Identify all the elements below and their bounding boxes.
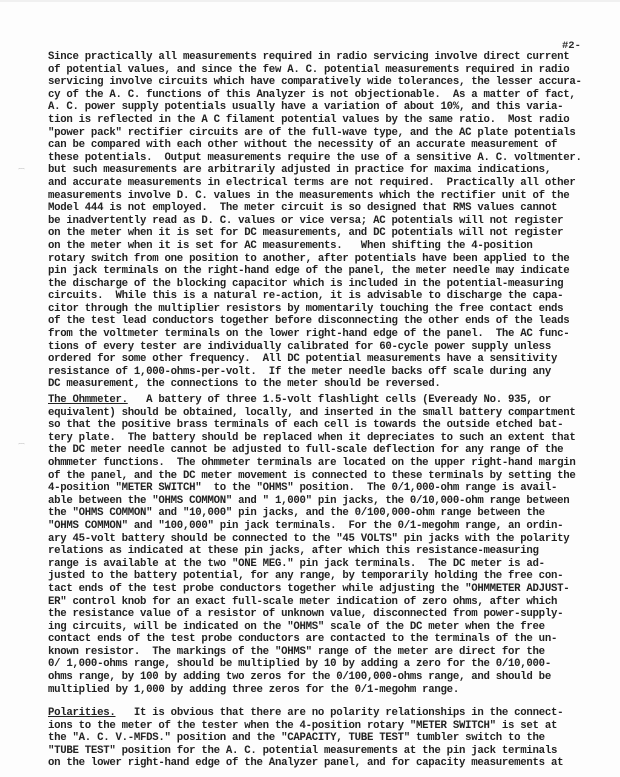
line-text: ary 45-volt battery should be connected … (48, 533, 569, 545)
text-line: these potentials. Output measurements re… (48, 152, 582, 165)
text-line: The Ohmmeter. A battery of three 1.5-vol… (48, 394, 576, 407)
line-text: measurements involve D. C. values in the… (48, 190, 569, 202)
line-text: rotary switch from one position to anoth… (48, 253, 569, 265)
paragraph-intro: Since practically all measurements requi… (48, 51, 582, 391)
text-line: of the panel, and the DC meter movement … (48, 470, 576, 483)
line-text: the resistance value of a resistor of un… (48, 608, 563, 620)
text-line: ER" control knob for an exact full-scale… (48, 596, 576, 609)
text-line: 0/ 1,000-ohms range, should be multiplie… (48, 658, 576, 671)
text-line: can be compared with each other without … (48, 139, 582, 152)
line-text: the "A. C. V.-MFDS." position and the "C… (48, 732, 545, 744)
line-text: and accurate measurements in electrical … (48, 177, 576, 189)
line-text: "TUBE TEST" position for the A. C. poten… (48, 745, 557, 757)
line-text: range is available at the two "ONE MEG."… (48, 558, 545, 570)
text-line: measurements involve D. C. values in the… (48, 190, 582, 203)
text-line: the DC meter needle cannot be adjusted t… (48, 444, 576, 457)
text-line: "TUBE TEST" position for the A. C. poten… (48, 745, 563, 758)
text-line: tery plate. The battery should be replac… (48, 432, 576, 445)
line-text: can be compared with each other without … (48, 139, 557, 151)
line-text: "power pack" rectifier circuits are of t… (48, 127, 576, 139)
line-text: circuits. While this is a natural re-act… (48, 290, 563, 302)
line-text: on the meter when it is set for AC measu… (48, 240, 533, 252)
line-text: ordered for some other frequency. All DC… (48, 353, 557, 365)
paragraph-polarities: Polarities. It is obvious that there are… (48, 707, 563, 770)
text-line: resistance of 1,000-ohms-per-volt. If th… (48, 366, 582, 379)
text-line: pin jack terminals on the right-hand edg… (48, 265, 582, 278)
text-line: tion is reflected in the A C filament po… (48, 114, 582, 127)
text-line: on the meter when it is set for DC measu… (48, 227, 582, 240)
text-line: on the lower right-hand edge of the Anal… (48, 757, 563, 770)
text-line: ohmmeter functions. The ohmmeter termina… (48, 457, 576, 470)
text-line: of potential values, and since the few A… (48, 64, 582, 77)
margin-mark: ⌒ (18, 442, 25, 452)
line-text: pin jack terminals on the right-hand edg… (48, 265, 569, 277)
text-line: tions of every tester are individually c… (48, 341, 582, 354)
text-line: the "A. C. V.-MFDS." position and the "C… (48, 732, 563, 745)
line-text: but such measurements are arbitrarily ad… (48, 164, 551, 176)
line-text: relations as indicated at these pin jack… (48, 545, 539, 557)
line-text: resistance of 1,000-ohms-per-volt. If th… (48, 366, 551, 378)
line-text: multiplied by 1,000 by adding three zero… (48, 684, 459, 696)
line-text: tact ends of the test probe conductors t… (48, 583, 569, 595)
text-line: 4-position "METER SWITCH" to the "OHMS" … (48, 482, 576, 495)
text-line: known resistor. The markings of the "OHM… (48, 646, 576, 659)
line-text: the DC meter needle cannot be adjusted t… (48, 444, 563, 456)
text-line: contact ends of the test probe conductor… (48, 633, 576, 646)
text-line: relations as indicated at these pin jack… (48, 545, 576, 558)
text-line: the resistance value of a resistor of un… (48, 608, 576, 621)
text-line: be inadvertently read as D. C. values or… (48, 215, 582, 228)
text-line: from the voltmeter terminals on the lowe… (48, 328, 582, 341)
text-line: servicing involve circuits which have co… (48, 76, 582, 89)
section-heading: Polarities. (48, 707, 115, 719)
text-line: ary 45-volt battery should be connected … (48, 533, 576, 546)
text-line: ions to the meter of the tester when the… (48, 720, 563, 733)
line-text: on the lower right-hand edge of the Anal… (48, 757, 563, 769)
line-text: ER" control knob for an exact full-scale… (48, 596, 557, 608)
line-text: so that the positive brass terminals of … (48, 419, 563, 431)
line-text: DC measurement, the connections to the m… (48, 378, 441, 390)
line-text: from the voltmeter terminals on the lowe… (48, 328, 569, 340)
line-text: ohms range, by 100 by adding two zeros f… (48, 671, 551, 683)
line-text: on the meter when it is set for DC measu… (48, 227, 563, 239)
text-line: DC measurement, the connections to the m… (48, 378, 582, 391)
line-text: of the panel, and the DC meter movement … (48, 470, 576, 482)
line-text: servicing involve circuits which have co… (48, 76, 582, 88)
text-line: ing circuits, will be indicated on the "… (48, 621, 576, 634)
text-line: ordered for some other frequency. All DC… (48, 353, 582, 366)
text-line: so that the positive brass terminals of … (48, 419, 576, 432)
line-text: 0/ 1,000-ohms range, should be multiplie… (48, 658, 551, 670)
text-line: equivalent) should be obtained, locally,… (48, 407, 576, 420)
text-line: the discharge of the blocking capacitor … (48, 278, 582, 291)
text-line: "power pack" rectifier circuits are of t… (48, 127, 582, 140)
line-text: tions of every tester are individually c… (48, 341, 551, 353)
line-text: ions to the meter of the tester when the… (48, 720, 557, 732)
line-text: citor through the multiplier resistors b… (48, 303, 563, 315)
line-text: equivalent) should be obtained, locally,… (48, 407, 576, 419)
text-line: justed to the battery potential, for any… (48, 570, 576, 583)
text-line: cy of the A. C. functions of this Analyz… (48, 89, 582, 102)
line-text: A. C. power supply potentials usually ha… (48, 101, 563, 113)
line-text: ohmmeter functions. The ohmmeter termina… (48, 457, 576, 469)
line-text: able between the "OHMS COMMON" and " 1,0… (48, 495, 569, 507)
line-text: It is obvious that there are no polarity… (115, 707, 563, 719)
line-text: of potential values, and since the few A… (48, 64, 569, 76)
line-text: the "OHMS COMMON" and "10,000" pin jacks… (48, 507, 545, 519)
line-text: tion is reflected in the A C filament po… (48, 114, 569, 126)
line-text: the discharge of the blocking capacitor … (48, 278, 563, 290)
line-text: these potentials. Output measurements re… (48, 152, 582, 164)
text-line: able between the "OHMS COMMON" and " 1,0… (48, 495, 576, 508)
text-line: Model 444 is not employed. The meter cir… (48, 202, 582, 215)
text-line: on the meter when it is set for AC measu… (48, 240, 582, 253)
line-text: Since practically all measurements requi… (48, 51, 569, 63)
text-line: range is available at the two "ONE MEG."… (48, 558, 576, 571)
line-text: Model 444 is not employed. The meter cir… (48, 202, 557, 214)
text-line: rotary switch from one position to anoth… (48, 253, 582, 266)
line-text: A battery of three 1.5-volt flashlight c… (128, 394, 551, 406)
text-line: of the test lead conductors together bef… (48, 315, 582, 328)
line-text: 4-position "METER SWITCH" to the "OHMS" … (48, 482, 557, 494)
line-text: cy of the A. C. functions of this Analyz… (48, 89, 576, 101)
line-text: justed to the battery potential, for any… (48, 570, 563, 582)
text-line: circuits. While this is a natural re-act… (48, 290, 582, 303)
text-line: multiplied by 1,000 by adding three zero… (48, 684, 576, 697)
text-line: ohms range, by 100 by adding two zeros f… (48, 671, 576, 684)
paragraph-ohmmeter: The Ohmmeter. A battery of three 1.5-vol… (48, 394, 576, 696)
section-heading: The Ohmmeter. (48, 394, 128, 406)
line-text: contact ends of the test probe conductor… (48, 633, 557, 645)
text-line: "OHMS COMMON" and "100,000" pin jack ter… (48, 520, 576, 533)
line-text: ing circuits, will be indicated on the "… (48, 621, 545, 633)
line-text: tery plate. The battery should be replac… (48, 432, 576, 444)
line-text: of the test lead conductors together bef… (48, 315, 569, 327)
line-text: "OHMS COMMON" and "100,000" pin jack ter… (48, 520, 563, 532)
line-text: be inadvertently read as D. C. values or… (48, 215, 563, 227)
document-page: #2- Since practically all measurements r… (0, 0, 620, 777)
line-text: known resistor. The markings of the "OHM… (48, 646, 545, 658)
text-line: Polarities. It is obvious that there are… (48, 707, 563, 720)
text-line: but such measurements are arbitrarily ad… (48, 164, 582, 177)
text-line: tact ends of the test probe conductors t… (48, 583, 576, 596)
text-line: citor through the multiplier resistors b… (48, 303, 582, 316)
text-line: the "OHMS COMMON" and "10,000" pin jacks… (48, 507, 576, 520)
text-line: and accurate measurements in electrical … (48, 177, 582, 190)
margin-mark: ⌒ (18, 167, 25, 177)
text-line: Since practically all measurements requi… (48, 51, 582, 64)
text-line: A. C. power supply potentials usually ha… (48, 101, 582, 114)
